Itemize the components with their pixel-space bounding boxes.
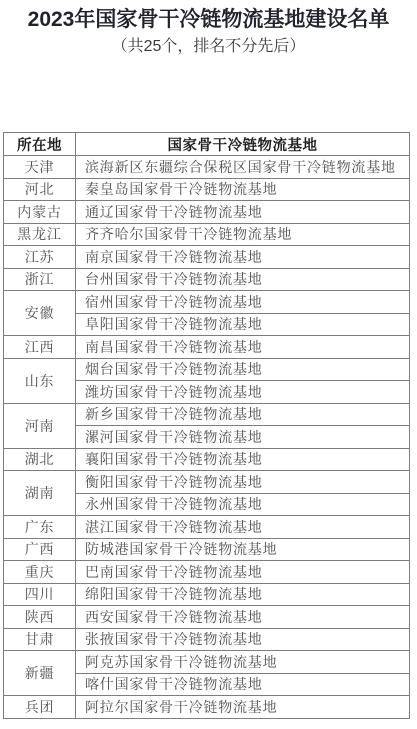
base-cell: 秦皇岛国家骨干冷链物流基地 [76,178,410,201]
base-cell: 永州国家骨干冷链物流基地 [76,493,410,516]
region-cell: 江苏 [4,246,76,269]
table-row: 新疆阿克苏国家骨干冷链物流基地 [4,651,410,674]
region-cell: 新疆 [4,651,76,696]
region-cell: 河北 [4,178,76,201]
region-cell: 天津 [4,156,76,179]
base-cell: 新乡国家骨干冷链物流基地 [76,403,410,426]
table-row: 江西南昌国家骨干冷链物流基地 [4,336,410,359]
base-cell: 滨海新区东疆综合保税区国家骨干冷链物流基地 [76,156,410,179]
table-row: 陕西西安国家骨干冷链物流基地 [4,606,410,629]
table-row: 天津滨海新区东疆综合保税区国家骨干冷链物流基地 [4,156,410,179]
column-header-base: 国家骨干冷链物流基地 [76,133,410,156]
page-subtitle: （共25个，排名不分先后） [0,37,417,57]
table-row: 黑龙江齐齐哈尔国家骨干冷链物流基地 [4,223,410,246]
column-header-region: 所在地 [4,133,76,156]
region-cell: 江西 [4,336,76,359]
base-cell: 漯河国家骨干冷链物流基地 [76,426,410,449]
table-row: 甘肃张掖国家骨干冷链物流基地 [4,628,410,651]
base-cell: 阜阳国家骨干冷链物流基地 [76,313,410,336]
region-cell: 河南 [4,403,76,448]
table-header-row: 所在地 国家骨干冷链物流基地 [4,133,410,156]
table-body: 天津滨海新区东疆综合保税区国家骨干冷链物流基地河北秦皇岛国家骨干冷链物流基地内蒙… [4,156,410,719]
base-cell: 襄阳国家骨干冷链物流基地 [76,448,410,471]
region-cell: 内蒙古 [4,201,76,224]
base-cell: 阿拉尔国家骨干冷链物流基地 [76,696,410,719]
region-cell: 广西 [4,538,76,561]
region-cell: 兵团 [4,696,76,719]
region-cell: 黑龙江 [4,223,76,246]
base-cell: 潍坊国家骨干冷链物流基地 [76,381,410,404]
table-row: 四川绵阳国家骨干冷链物流基地 [4,583,410,606]
base-cell: 台州国家骨干冷链物流基地 [76,268,410,291]
region-cell: 湖北 [4,448,76,471]
base-cell: 通辽国家骨干冷链物流基地 [76,201,410,224]
table-row: 湖北襄阳国家骨干冷链物流基地 [4,448,410,471]
base-cell: 防城港国家骨干冷链物流基地 [76,538,410,561]
base-cell: 南京国家骨干冷链物流基地 [76,246,410,269]
table-row: 河南新乡国家骨干冷链物流基地 [4,403,410,426]
table-row: 兵团阿拉尔国家骨干冷链物流基地 [4,696,410,719]
base-cell: 喀什国家骨干冷链物流基地 [76,673,410,696]
page-title: 2023年国家骨干冷链物流基地建设名单 [0,0,417,32]
table-row: 广东湛江国家骨干冷链物流基地 [4,516,410,539]
table-row: 重庆巴南国家骨干冷链物流基地 [4,561,410,584]
base-cell: 齐齐哈尔国家骨干冷链物流基地 [76,223,410,246]
base-cell: 巴南国家骨干冷链物流基地 [76,561,410,584]
table-row: 河北秦皇岛国家骨干冷链物流基地 [4,178,410,201]
table-row: 江苏南京国家骨干冷链物流基地 [4,246,410,269]
table-row: 山东烟台国家骨干冷链物流基地 [4,358,410,381]
base-cell: 南昌国家骨干冷链物流基地 [76,336,410,359]
table-row: 广西防城港国家骨干冷链物流基地 [4,538,410,561]
base-cell: 张掖国家骨干冷链物流基地 [76,628,410,651]
base-cell: 湛江国家骨干冷链物流基地 [76,516,410,539]
region-cell: 甘肃 [4,628,76,651]
base-cell: 衡阳国家骨干冷链物流基地 [76,471,410,494]
region-cell: 重庆 [4,561,76,584]
document-page: { "page": { "title": "2023年国家骨干冷链物流基地建设名… [0,0,417,729]
region-cell: 安徽 [4,291,76,336]
region-cell: 浙江 [4,268,76,291]
region-cell: 广东 [4,516,76,539]
table-row: 安徽宿州国家骨干冷链物流基地 [4,291,410,314]
region-cell: 山东 [4,358,76,403]
region-cell: 四川 [4,583,76,606]
base-cell: 阿克苏国家骨干冷链物流基地 [76,651,410,674]
table-row: 浙江台州国家骨干冷链物流基地 [4,268,410,291]
table-row: 湖南衡阳国家骨干冷链物流基地 [4,471,410,494]
table-row: 内蒙古通辽国家骨干冷链物流基地 [4,201,410,224]
bases-table: 所在地 国家骨干冷链物流基地 天津滨海新区东疆综合保税区国家骨干冷链物流基地河北… [3,132,410,719]
base-cell: 绵阳国家骨干冷链物流基地 [76,583,410,606]
region-cell: 陕西 [4,606,76,629]
base-cell: 西安国家骨干冷链物流基地 [76,606,410,629]
base-cell: 宿州国家骨干冷链物流基地 [76,291,410,314]
base-cell: 烟台国家骨干冷链物流基地 [76,358,410,381]
region-cell: 湖南 [4,471,76,516]
